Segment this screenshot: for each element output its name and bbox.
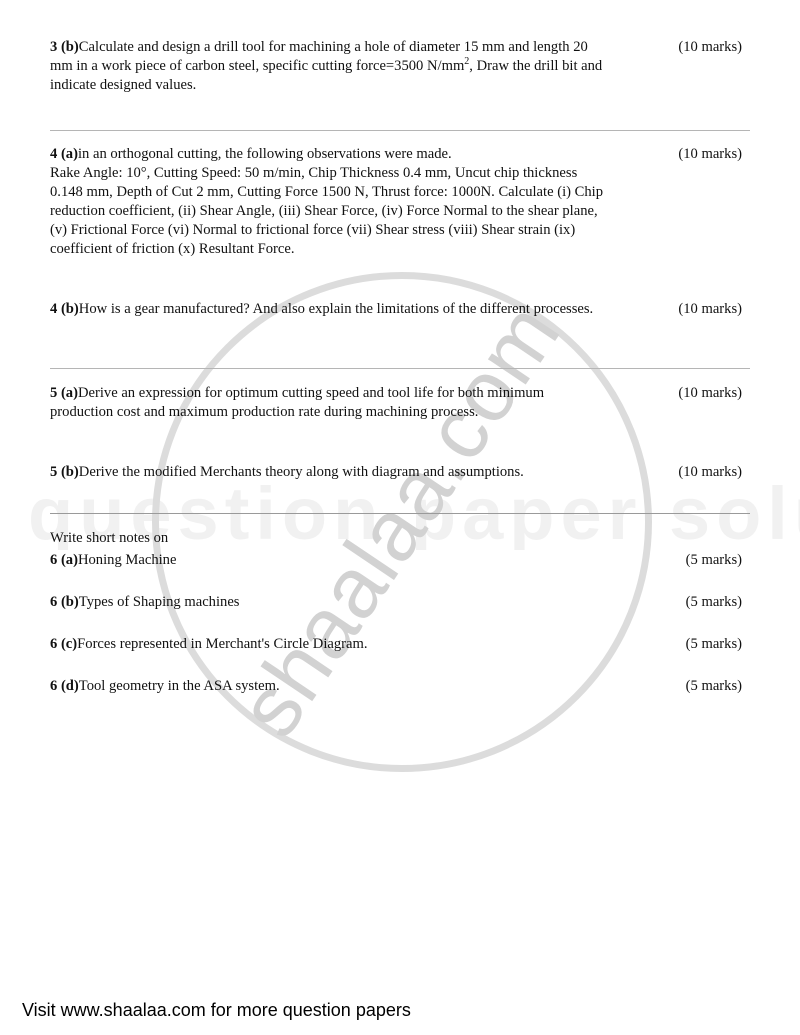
- question-number: 6 (a): [50, 552, 78, 568]
- question-4a: 4 (a)in an orthogonal cutting, the follo…: [50, 145, 750, 259]
- question-6c: 6 (c)Forces represented in Merchant's Ci…: [50, 635, 750, 654]
- section-divider: [50, 513, 750, 514]
- question-text: 3 (b)Calculate and design a drill tool f…: [50, 38, 610, 95]
- question-marks: (5 marks): [686, 551, 750, 570]
- section-divider: [50, 130, 750, 131]
- short-notes-intro: Write short notes on: [50, 529, 168, 548]
- question-4b: 4 (b)How is a gear manufactured? And als…: [50, 300, 750, 319]
- question-text: 4 (b)How is a gear manufactured? And als…: [50, 300, 610, 319]
- question-number: 6 (c): [50, 636, 77, 652]
- question-marks: (10 marks): [678, 463, 750, 482]
- question-number: 5 (b): [50, 464, 79, 480]
- footer-link-text: Visit www.shaalaa.com for more question …: [22, 1000, 411, 1021]
- question-number: 6 (d): [50, 678, 79, 694]
- question-5a: 5 (a)Derive an expression for optimum cu…: [50, 384, 750, 422]
- question-text: 6 (a)Honing Machine: [50, 551, 610, 570]
- question-marks: (10 marks): [678, 384, 750, 403]
- question-marks: (10 marks): [678, 300, 750, 319]
- question-number: 4 (b): [50, 301, 79, 317]
- question-text: 6 (d)Tool geometry in the ASA system.: [50, 677, 610, 696]
- question-number: 4 (a): [50, 146, 78, 162]
- question-number: 6 (b): [50, 594, 79, 610]
- section-divider: [50, 368, 750, 369]
- question-text: 4 (a)in an orthogonal cutting, the follo…: [50, 145, 610, 259]
- question-text: 5 (b)Derive the modified Merchants theor…: [50, 463, 650, 482]
- question-5b: 5 (b)Derive the modified Merchants theor…: [50, 463, 750, 482]
- question-text: 6 (c)Forces represented in Merchant's Ci…: [50, 635, 610, 654]
- question-marks: (10 marks): [678, 38, 750, 57]
- question-text: 5 (a)Derive an expression for optimum cu…: [50, 384, 610, 422]
- question-number: 3 (b): [50, 39, 79, 55]
- question-3b: 3 (b)Calculate and design a drill tool f…: [50, 38, 750, 95]
- question-6d: 6 (d)Tool geometry in the ASA system. (5…: [50, 677, 750, 696]
- question-6a: 6 (a)Honing Machine (5 marks): [50, 551, 750, 570]
- question-6b: 6 (b)Types of Shaping machines (5 marks): [50, 593, 750, 612]
- question-number: 5 (a): [50, 385, 78, 401]
- question-marks: (5 marks): [686, 593, 750, 612]
- question-marks: (10 marks): [678, 145, 750, 164]
- question-text: 6 (b)Types of Shaping machines: [50, 593, 610, 612]
- question-marks: (5 marks): [686, 677, 750, 696]
- question-marks: (5 marks): [686, 635, 750, 654]
